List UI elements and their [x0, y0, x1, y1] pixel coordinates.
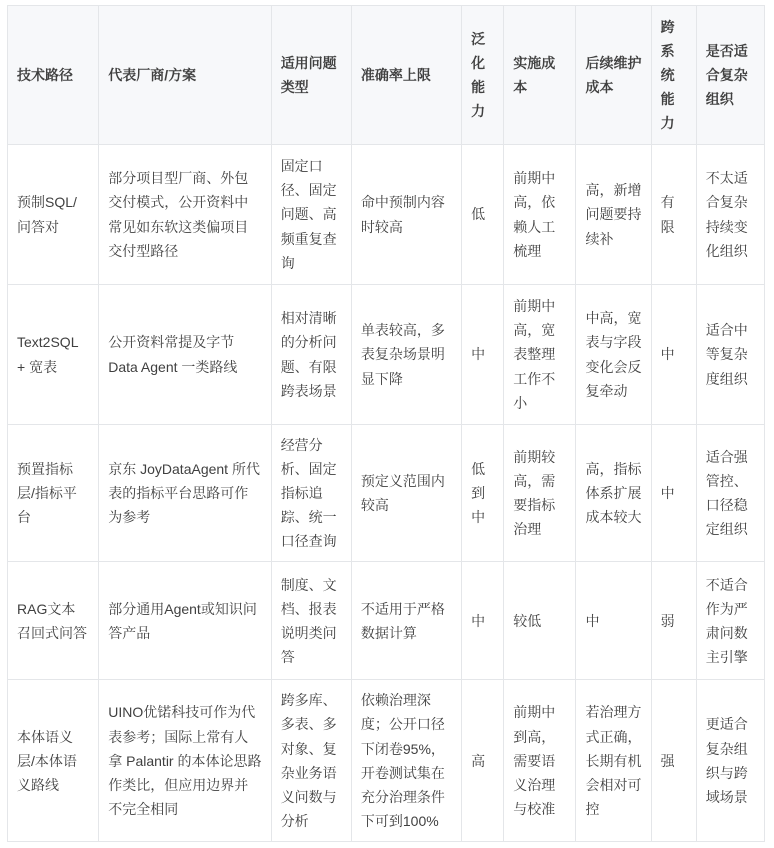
table-cell: 依赖治理深度；公开口径下闭卷95%，开卷测试集在充分治理条件下可到100%	[351, 680, 461, 841]
table-cell: 中	[462, 285, 504, 425]
row-header-cell: Text2SQL + 宽表	[8, 285, 99, 425]
row-header-cell: 本体语义层/本体语义路线	[8, 680, 99, 841]
table-cell: 经营分析、固定指标追踪、统一口径查询	[271, 425, 351, 562]
table-cell: 不适用于严格数据计算	[351, 562, 461, 680]
table-cell: 中	[576, 562, 651, 680]
table-cell: 有限	[651, 145, 696, 285]
table-cell: 制度、文档、报表说明类问答	[271, 562, 351, 680]
row-header-cell: RAG文本召回式问答	[8, 562, 99, 680]
row-header-cell: 预制SQL/问答对	[8, 145, 99, 285]
column-header: 适用问题类型	[271, 6, 351, 145]
table-cell: 高，新增问题要持续补	[576, 145, 651, 285]
table-cell: 相对清晰的分析问题、有限跨表场景	[271, 285, 351, 425]
column-header: 实施成本	[504, 6, 576, 145]
table-cell: 不适合作为严肃问数主引擎	[696, 562, 764, 680]
comparison-table: 技术路径代表厂商/方案适用问题类型准确率上限泛化能力实施成本后续维护成本跨系统能…	[7, 5, 765, 842]
column-header: 泛化能力	[462, 6, 504, 145]
table-cell: 前期较高，需要指标治理	[504, 425, 576, 562]
column-header: 跨系统能力	[651, 6, 696, 145]
table-cell: 公开资料常提及字节 Data Agent 一类路线	[99, 285, 271, 425]
table-cell: 低	[462, 145, 504, 285]
table-cell: UINO优锘科技可作为代表参考；国际上常有人拿 Palantir 的本体论思路作…	[99, 680, 271, 841]
table-cell: 跨多库、多表、多对象、复杂业务语义问数与分析	[271, 680, 351, 841]
table-row: 本体语义层/本体语义路线UINO优锘科技可作为代表参考；国际上常有人拿 Pala…	[8, 680, 765, 841]
column-header: 代表厂商/方案	[99, 6, 271, 145]
row-header-cell: 预置指标层/指标平台	[8, 425, 99, 562]
column-header: 是否适合复杂组织	[696, 6, 764, 145]
table-cell: 中	[651, 285, 696, 425]
table-cell: 低到中	[462, 425, 504, 562]
table-cell: 适合中等复杂度组织	[696, 285, 764, 425]
table-cell: 适合强管控、口径稳定组织	[696, 425, 764, 562]
table-cell: 中	[462, 562, 504, 680]
table-cell: 高	[462, 680, 504, 841]
column-header: 后续维护成本	[576, 6, 651, 145]
table-cell: 预定义范围内较高	[351, 425, 461, 562]
table-cell: 弱	[651, 562, 696, 680]
header-row: 技术路径代表厂商/方案适用问题类型准确率上限泛化能力实施成本后续维护成本跨系统能…	[8, 6, 765, 145]
table-cell: 中	[651, 425, 696, 562]
table-row: RAG文本召回式问答部分通用Agent或知识问答产品制度、文档、报表说明类问答不…	[8, 562, 765, 680]
table-row: Text2SQL + 宽表公开资料常提及字节 Data Agent 一类路线相对…	[8, 285, 765, 425]
table-cell: 部分项目型厂商、外包交付模式，公开资料中常见如东软这类偏项目交付型路径	[99, 145, 271, 285]
table-row: 预置指标层/指标平台京东 JoyDataAgent 所代表的指标平台思路可作为参…	[8, 425, 765, 562]
table-cell: 京东 JoyDataAgent 所代表的指标平台思路可作为参考	[99, 425, 271, 562]
table-cell: 若治理方式正确，长期有机会相对可控	[576, 680, 651, 841]
table-cell: 前期中到高，需要语义治理与校准	[504, 680, 576, 841]
column-header: 准确率上限	[351, 6, 461, 145]
table-row: 预制SQL/问答对部分项目型厂商、外包交付模式，公开资料中常见如东软这类偏项目交…	[8, 145, 765, 285]
table-cell: 命中预制内容时较高	[351, 145, 461, 285]
table-cell: 前期中高，宽表整理工作不小	[504, 285, 576, 425]
table-cell: 部分通用Agent或知识问答产品	[99, 562, 271, 680]
table-body: 预制SQL/问答对部分项目型厂商、外包交付模式，公开资料中常见如东软这类偏项目交…	[8, 145, 765, 842]
page: 技术路径代表厂商/方案适用问题类型准确率上限泛化能力实施成本后续维护成本跨系统能…	[0, 0, 774, 848]
column-header: 技术路径	[8, 6, 99, 145]
table-cell: 高，指标体系扩展成本较大	[576, 425, 651, 562]
table-cell: 中高，宽表与字段变化会反复牵动	[576, 285, 651, 425]
table-cell: 前期中高，依赖人工梳理	[504, 145, 576, 285]
table-cell: 单表较高，多表复杂场景明显下降	[351, 285, 461, 425]
table-cell: 更适合复杂组织与跨域场景	[696, 680, 764, 841]
table-cell: 较低	[504, 562, 576, 680]
table-cell: 固定口径、固定问题、高频重复查询	[271, 145, 351, 285]
table-cell: 强	[651, 680, 696, 841]
table-cell: 不太适合复杂持续变化组织	[696, 145, 764, 285]
